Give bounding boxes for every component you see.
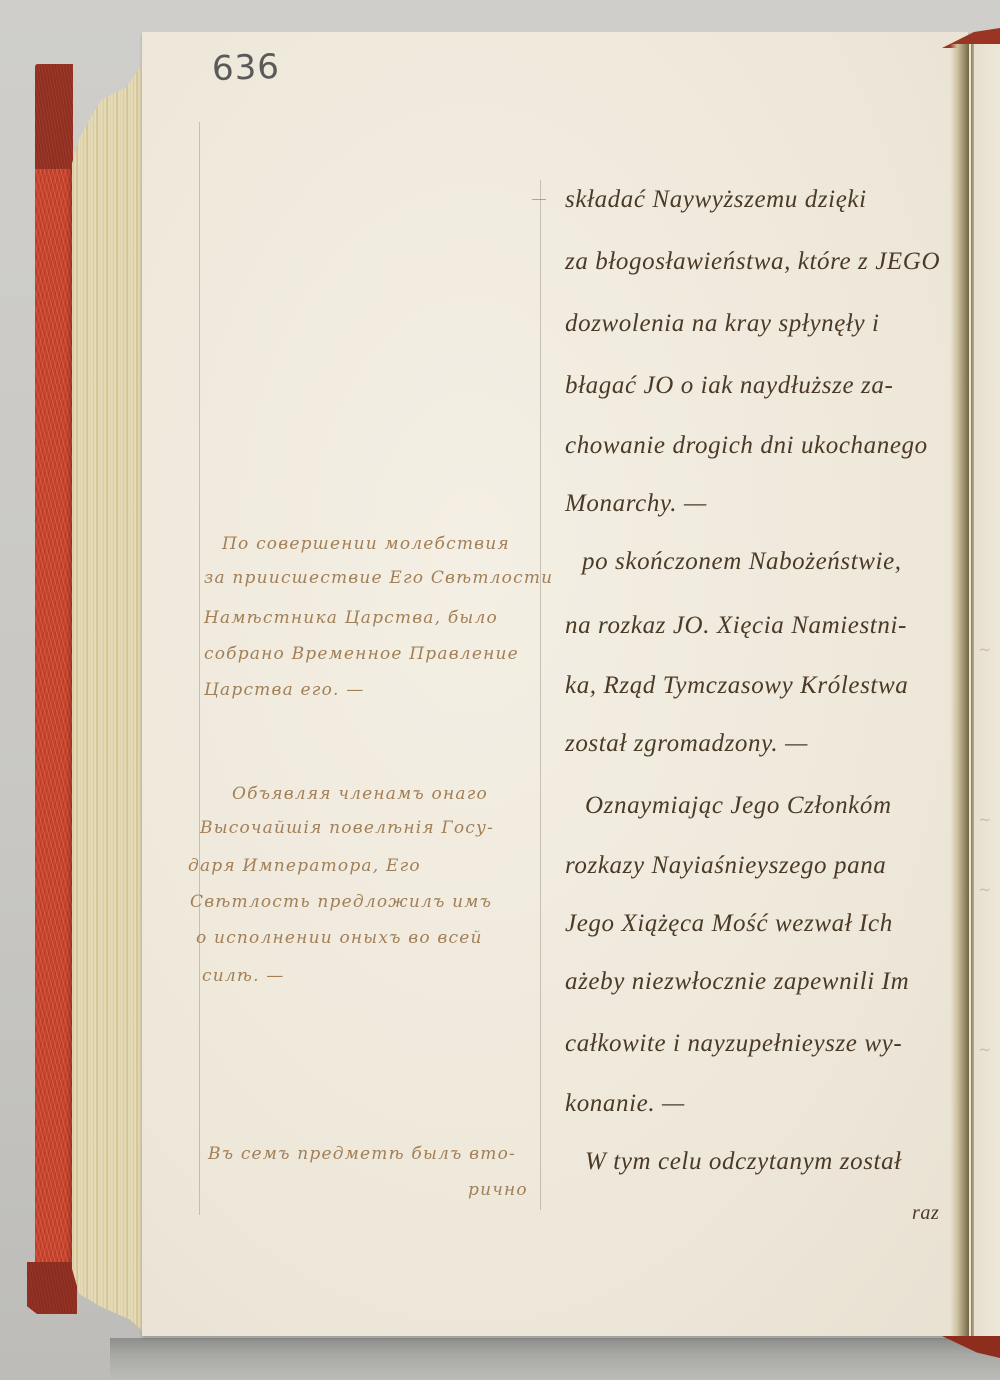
text-line-ru: По совершении молебствия (222, 534, 510, 554)
text-line-pl: ażeby niezwłocznie zapewnili Im (565, 968, 909, 996)
book-cover-corner-top (35, 64, 73, 169)
bleed-through-mark: ~ (978, 640, 1000, 659)
facing-page-edge (972, 44, 1000, 1336)
text-line-pl: został zgromadzony. — (565, 730, 808, 758)
text-line-ru: за приисшествие Его Свѣтлости (204, 568, 553, 588)
page-block-edges (72, 62, 144, 1332)
text-line-ru: даря Императора, Его (188, 856, 421, 876)
text-line-pl: Monarchy. — (565, 490, 707, 518)
book-cover-binding (35, 64, 73, 1312)
rule-tick-mark (532, 199, 546, 200)
text-line-pl: rozkazy Nayiaśnieyszego pana (565, 852, 886, 880)
text-line-ru: Свѣтлость предложилъ имъ (190, 892, 492, 912)
text-line-pl: całkowite i nayzupełnieysze wy- (565, 1030, 902, 1058)
text-line-ru: собрано Временное Правление (204, 644, 519, 664)
text-line-pl: na rozkaz JO. Xięcia Namiestni- (565, 612, 907, 640)
gutter-highlight (969, 44, 971, 1336)
page-number: 636 (211, 47, 280, 89)
margin-rule-left (199, 122, 200, 1215)
text-line-ru: Намѣстника Царства, было (204, 608, 498, 628)
text-line-pl: dozwolenia na kray spłynęły i (565, 310, 880, 338)
text-line-ru: Царства его. — (204, 680, 364, 700)
text-line-ru: о исполнении оныхъ во всей (196, 928, 483, 948)
text-line-pl: za błogosławieństwa, które z JEGO (565, 248, 940, 276)
text-line-pl: konanie. — (565, 1090, 685, 1118)
text-line-pl: W tym celu odczytanym został (585, 1148, 902, 1176)
bleed-through-mark: ~ (978, 880, 1000, 899)
book-shadow (110, 1338, 1000, 1380)
text-line-pl: po skończonem Nabożeństwie, (582, 548, 902, 576)
text-line-ru: Высочайшія повелѣнія Госу- (200, 818, 494, 838)
bleed-through-mark: ~ (978, 810, 1000, 829)
text-line-pl: składać Naywyższemu dzięki (565, 186, 867, 214)
text-line-ru: Объявляя членамъ онаго (232, 784, 488, 804)
text-line-pl: Jego Xiążęca Mość wezwał Ich (565, 910, 893, 938)
text-line-ru: рично (468, 1180, 528, 1200)
text-line-pl: Oznaymiając Jego Członkóm (585, 792, 892, 820)
column-divider-rule (540, 180, 541, 1210)
text-line-pl: ka, Rząd Tymczasowy Królestwa (565, 672, 908, 700)
bleed-through-mark: ~ (978, 1040, 1000, 1059)
book-cover-corner-bottom (27, 1262, 77, 1314)
text-line-ru: Въ семъ предметѣ былъ вто- (208, 1144, 516, 1164)
text-line-pl: chowanie drogich dni ukochanego (565, 432, 928, 460)
text-line-ru: силѣ. — (202, 966, 285, 986)
text-line-pl: błagać JO o iak naydłuższe za- (565, 372, 893, 400)
catchword: raz (912, 1202, 939, 1225)
